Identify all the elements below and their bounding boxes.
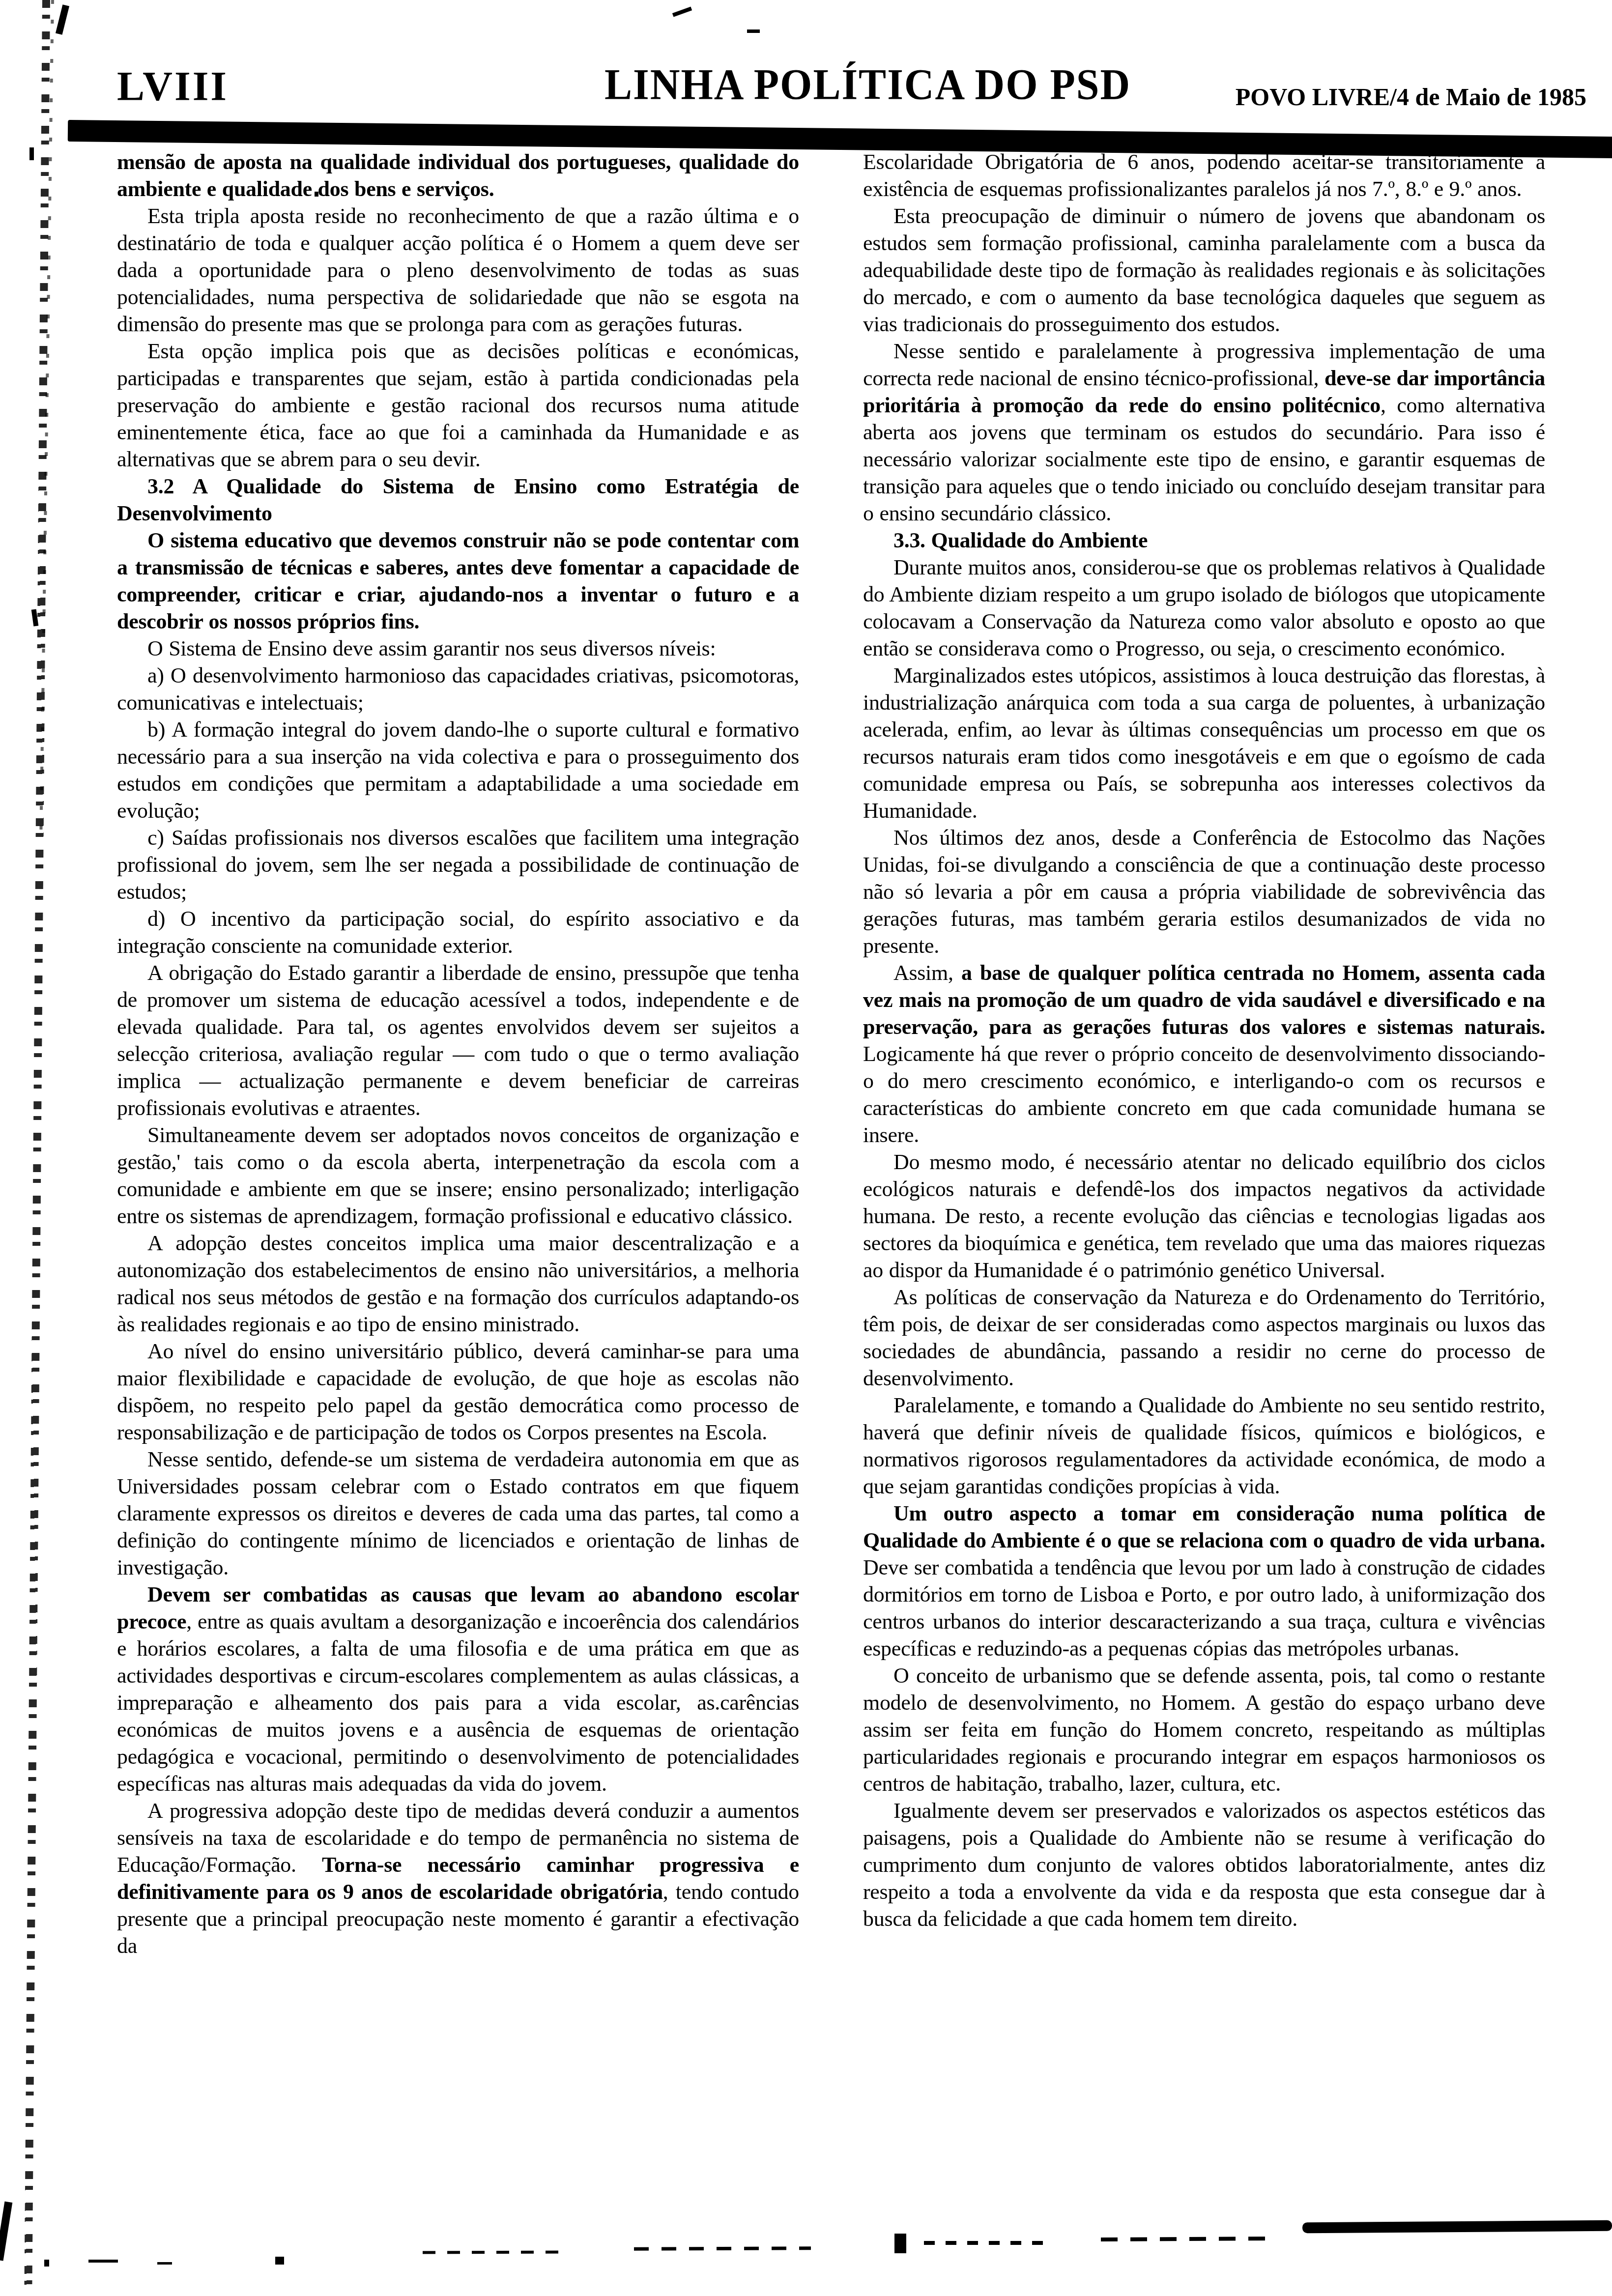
paragraph-text: Simultaneamente devem ser adoptados novo… bbox=[117, 1123, 799, 1228]
scan-speck bbox=[56, 4, 69, 35]
scan-speck bbox=[44, 2260, 49, 2267]
paragraph: A obrigação do Estado garantir a liberda… bbox=[117, 959, 799, 1121]
paragraph: O sistema educativo que devemos construi… bbox=[117, 527, 799, 635]
paragraph-text: Nesse sentido, defende-se um sistema de … bbox=[117, 1447, 799, 1579]
paragraph-bold-text: 3.2 A Qualidade do Sistema de Ensino com… bbox=[117, 474, 799, 525]
footer-line-fragment bbox=[423, 2250, 570, 2254]
paragraph: mensão de aposta na qualidade individual… bbox=[117, 148, 799, 202]
paragraph: Marginalizados estes utópicos, assistimo… bbox=[863, 662, 1545, 824]
paragraph-bold-text: Um outro aspecto a tomar em consideração… bbox=[863, 1501, 1545, 1552]
paragraph: A adopção destes conceitos implica uma m… bbox=[117, 1230, 799, 1338]
paragraph-text: O Sistema de Ensino deve assim garantir … bbox=[147, 636, 716, 660]
paragraph: Durante muitos anos, considerou-se que o… bbox=[863, 554, 1545, 662]
paragraph: A progressiva adopção deste tipo de medi… bbox=[117, 1797, 799, 1959]
scan-speck bbox=[0, 2201, 12, 2261]
paragraph: Esta preocupação de diminuir o número de… bbox=[863, 202, 1545, 338]
list-item: d) O incentivo da participação social, d… bbox=[117, 905, 799, 959]
list-item: b) A formação integral do jovem dando-lh… bbox=[117, 716, 799, 824]
paragraph: O Sistema de Ensino deve assim garantir … bbox=[117, 635, 799, 662]
paragraph-text: Durante muitos anos, considerou-se que o… bbox=[863, 555, 1545, 660]
paragraph-text: , entre as quais avultam a desorganizaçã… bbox=[117, 1609, 799, 1796]
footer-line-fragment bbox=[894, 2234, 906, 2253]
paragraph: Esta tripla aposta reside no reconhecime… bbox=[117, 202, 799, 338]
footer-line-fragment bbox=[1302, 2220, 1612, 2233]
footer-line-fragment bbox=[1101, 2237, 1278, 2241]
right-column: Escolaridade Obrigatória de 6 anos, pode… bbox=[863, 148, 1545, 1932]
paragraph: Simultaneamente devem ser adoptados novo… bbox=[117, 1121, 799, 1230]
paragraph: Um outro aspecto a tomar em consideração… bbox=[863, 1500, 1545, 1662]
paragraph: Nos últimos dez anos, desde a Conferênci… bbox=[863, 824, 1545, 959]
paragraph-text: Do mesmo modo, é necessário atentar no d… bbox=[863, 1150, 1545, 1282]
footer-line-fragment bbox=[275, 2257, 284, 2265]
paragraph-text: Nos últimos dez anos, desde a Conferênci… bbox=[863, 826, 1545, 958]
paragraph-text: Igualmente devem ser preservados e valor… bbox=[863, 1799, 1545, 1931]
paragraph: Esta opção implica pois que as decisões … bbox=[117, 338, 799, 473]
paragraph: Assim, a base de qualquer política centr… bbox=[863, 959, 1545, 1148]
paragraph-text: O conceito de urbanismo que se defende a… bbox=[863, 1664, 1545, 1796]
edition-date: POVO LIVRE/4 de Maio de 1985 bbox=[1236, 83, 1586, 111]
scan-speck bbox=[29, 147, 34, 160]
paragraph-text: A adopção destes conceitos implica uma m… bbox=[117, 1231, 799, 1336]
paragraph-bold-text: 3.3. Qualidade do Ambiente bbox=[893, 528, 1148, 552]
paragraph: O conceito de urbanismo que se defende a… bbox=[863, 1662, 1545, 1797]
paragraph-text: c) Saídas profissionais nos diversos esc… bbox=[117, 826, 799, 904]
paragraph: Nesse sentido, defende-se um sistema de … bbox=[117, 1446, 799, 1581]
paragraph-text: A obrigação do Estado garantir a liberda… bbox=[117, 961, 799, 1120]
page-number: LVIII bbox=[117, 63, 229, 111]
paragraph: Ao nível do ensino universitário público… bbox=[117, 1338, 799, 1446]
paragraph-bold-text: a base de qualquer política centrada no … bbox=[863, 961, 1545, 1039]
paragraph: Escolaridade Obrigatória de 6 anos, pode… bbox=[863, 148, 1545, 202]
paragraph-bold-text: O sistema educativo que devemos construi… bbox=[117, 528, 799, 633]
paragraph: Nesse sentido e paralelamente à progress… bbox=[863, 338, 1545, 527]
page-title: LINHA POLÍTICA DO PSD bbox=[604, 60, 1131, 110]
paragraph-text: Ao nível do ensino universitário público… bbox=[117, 1339, 799, 1444]
paragraph-text: Assim, bbox=[893, 961, 961, 985]
paragraph-text: Escolaridade Obrigatória de 6 anos, pode… bbox=[863, 150, 1545, 201]
paragraph-text: As políticas de conservação da Natureza … bbox=[863, 1285, 1545, 1390]
paragraph-text: d) O incentivo da participação social, d… bbox=[117, 907, 799, 958]
list-item: a) O desenvolvimento harmonioso das capa… bbox=[117, 662, 799, 716]
scan-speck bbox=[672, 6, 692, 17]
footer-line-fragment bbox=[924, 2241, 1052, 2245]
paragraph: Paralelamente, e tomando a Qualidade do … bbox=[863, 1392, 1545, 1500]
scan-speck bbox=[747, 29, 760, 33]
section-heading: 3.3. Qualidade do Ambiente bbox=[863, 527, 1545, 554]
paragraph-text: Esta tripla aposta reside no reconhecime… bbox=[117, 204, 799, 336]
list-item: c) Saídas profissionais nos diversos esc… bbox=[117, 824, 799, 905]
paragraph-text: Logicamente há que rever o próprio conce… bbox=[863, 1042, 1545, 1147]
paragraph-bold-text: mensão de aposta na qualidade individual… bbox=[117, 150, 799, 201]
left-column: mensão de aposta na qualidade individual… bbox=[117, 148, 799, 1959]
paragraph-text: Esta preocupação de diminuir o número de… bbox=[863, 204, 1545, 336]
paragraph: As políticas de conservação da Natureza … bbox=[863, 1284, 1545, 1392]
paragraph: Igualmente devem ser preservados e valor… bbox=[863, 1797, 1545, 1932]
paragraph-text: Paralelamente, e tomando a Qualidade do … bbox=[863, 1393, 1545, 1498]
footer-line-fragment bbox=[157, 2262, 172, 2265]
section-heading: 3.2 A Qualidade do Sistema de Ensino com… bbox=[117, 473, 799, 527]
paragraph-text: a) O desenvolvimento harmonioso das capa… bbox=[117, 663, 799, 715]
paragraph: Do mesmo modo, é necessário atentar no d… bbox=[863, 1148, 1545, 1284]
footer-line-fragment bbox=[88, 2260, 118, 2263]
paragraph: Devem ser combatidas as causas que levam… bbox=[117, 1581, 799, 1797]
paragraph-text: Marginalizados estes utópicos, assistimo… bbox=[863, 663, 1545, 823]
paragraph-text: b) A formação integral do jovem dando-lh… bbox=[117, 717, 799, 823]
paragraph-text: Deve ser combatida a tendência que levou… bbox=[863, 1555, 1545, 1661]
paragraph-text: Esta opção implica pois que as decisões … bbox=[117, 339, 799, 471]
footer-line-fragment bbox=[634, 2246, 811, 2250]
